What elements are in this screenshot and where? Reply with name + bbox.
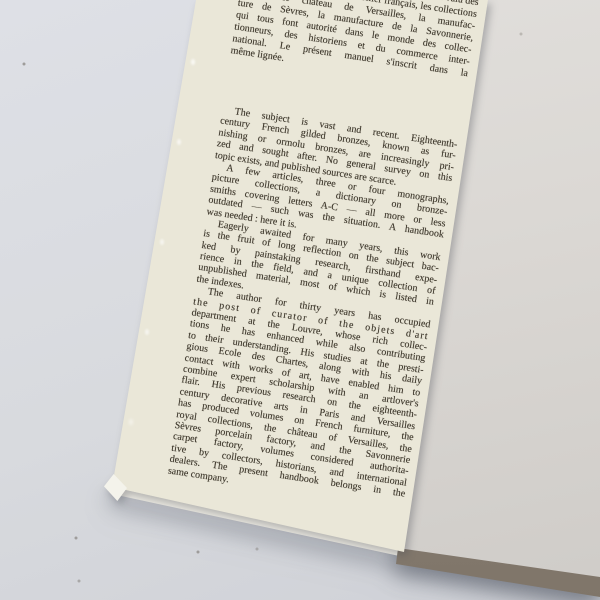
french-paragraph: ont valu des mobilier français, les coll… (230, 0, 480, 92)
flap-blurb-text: ont valu des mobilier français, les coll… (167, 0, 479, 511)
dust-specks (0, 0, 2, 2)
english-paragraph-4: The author for thirty years has occupied… (167, 285, 431, 512)
dust-jacket-flap-wrap: ont valu des mobilier français, les coll… (0, 0, 600, 600)
photo-book-flap: ont valu des mobilier français, les coll… (0, 0, 600, 600)
dust-jacket-flap: ont valu des mobilier français, les coll… (0, 0, 600, 600)
